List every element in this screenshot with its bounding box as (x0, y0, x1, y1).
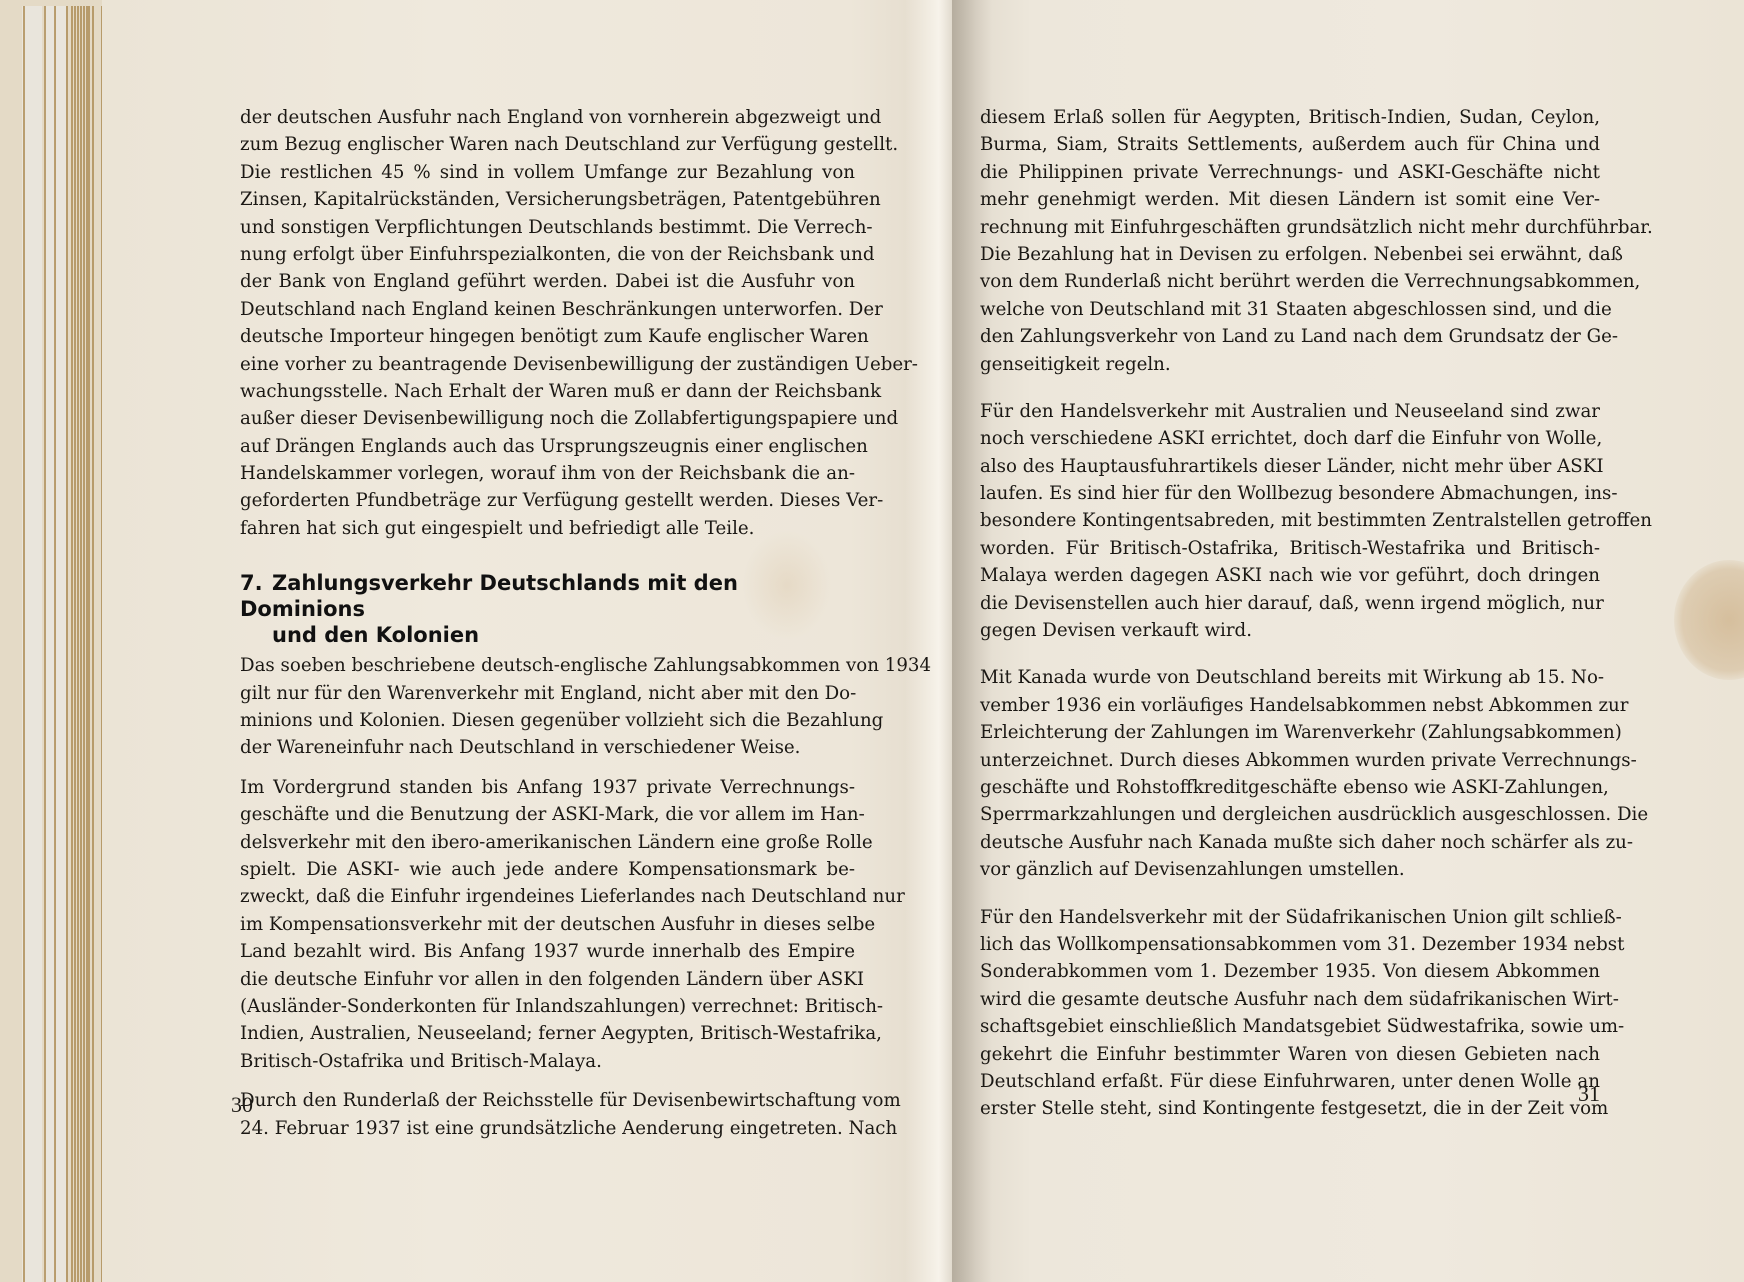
text-line: mehr genehmigt werden. Mit diesen Länder… (980, 186, 1600, 213)
text-line: geforderten Pfundbeträge zur Verfügung g… (240, 487, 855, 514)
text-line: zum Bezug englischer Waren nach Deutschl… (240, 131, 855, 158)
paper-stain (1674, 560, 1744, 680)
right-page-text: diesem Erlaß sollen für Aegypten, Britis… (980, 104, 1600, 1123)
paragraph: Durch den Runderlaß der Reichsstelle für… (240, 1087, 855, 1142)
text-line: besondere Kontingentsabreden, mit bestim… (980, 507, 1600, 534)
text-line: diesem Erlaß sollen für Aegypten, Britis… (980, 104, 1600, 131)
text-line: Für den Handelsverkehr mit der Südafrika… (980, 904, 1600, 931)
text-line: geschäfte und die Benutzung der ASKI-Mar… (240, 801, 855, 828)
gutter-highlight (905, 0, 953, 1282)
text-line: also des Hauptausfuhrartikels dieser Län… (980, 453, 1600, 480)
text-line: Sonderabkommen vom 1. Dezember 1935. Von… (980, 958, 1600, 985)
paragraph: Mit Kanada wurde von Deutschland bereits… (980, 664, 1600, 883)
text-line: vor gänzlich auf Devisenzahlungen umstel… (980, 856, 1600, 883)
text-line: Handelskammer vorlegen, worauf ihm von d… (240, 460, 855, 487)
text-line: und sonstigen Verpflichtungen Deutschlan… (240, 214, 855, 241)
page-leaf-line (23, 6, 25, 1282)
text-line: auf Drängen Englands auch das Ursprungsz… (240, 433, 855, 460)
text-line: der Wareneinfuhr nach Deutschland in ver… (240, 734, 855, 761)
paragraph: Das soeben beschriebene deutsch-englisch… (240, 652, 855, 762)
page-leaf-line (44, 6, 46, 1282)
text-line: 24. Februar 1937 ist eine grundsätzliche… (240, 1115, 855, 1142)
page-leaf-line (74, 6, 76, 1282)
text-line: eine vorher zu beantragende Devisenbewil… (240, 351, 855, 378)
paragraph-gap (980, 644, 1600, 664)
text-line: noch verschiedene ASKI errichtet, doch d… (980, 425, 1600, 452)
page-leaf-line (77, 6, 79, 1282)
paragraph-gap (240, 762, 855, 774)
page-sheet-edge (22, 6, 42, 1282)
text-line: Sperrmarkzahlungen und dergleichen ausdr… (980, 801, 1600, 828)
text-line: rechnung mit Einfuhrgeschäften grundsätz… (980, 214, 1600, 241)
text-line: delsverkehr mit den ibero-amerikanischen… (240, 829, 855, 856)
text-line: Im Vordergrund standen bis Anfang 1937 p… (240, 774, 855, 801)
page-leaf-line (66, 6, 68, 1282)
paragraph: Für den Handelsverkehr mit der Südafrika… (980, 904, 1600, 1123)
paragraph-gap (980, 378, 1600, 398)
page-number-right: 31 (1578, 1081, 1600, 1107)
page-leaf-line (88, 6, 90, 1282)
text-line: Zinsen, Kapitalrückständen, Versicherung… (240, 186, 855, 213)
text-line: deutsche Importeur hingegen benötigt zum… (240, 323, 855, 350)
text-line: welche von Deutschland mit 31 Staaten ab… (980, 296, 1600, 323)
text-line: minions und Kolonien. Diesen gegenüber v… (240, 707, 855, 734)
section-title-line-1: Zahlungsverkehr Deutschlands mit den Dom… (240, 571, 738, 621)
text-line: geschäfte und Rohstoffkreditgeschäfte eb… (980, 774, 1600, 801)
text-line: (Ausländer-Sonderkonten für Inlandszahlu… (240, 993, 855, 1020)
text-line: Britisch-Ostafrika und Britisch-Malaya. (240, 1048, 855, 1075)
text-line: Erleichterung der Zahlungen im Warenverk… (980, 719, 1600, 746)
text-line: Die Bezahlung hat in Devisen zu erfolgen… (980, 241, 1600, 268)
text-line: gekehrt die Einfuhr bestimmter Waren von… (980, 1041, 1600, 1068)
text-line: lich das Wollkompensationsabkommen vom 3… (980, 931, 1600, 958)
page-leaf-line (80, 6, 82, 1282)
text-line: erster Stelle steht, sind Kontingente fe… (980, 1095, 1600, 1122)
text-line: Deutschland erfaßt. Für diese Einfuhrwar… (980, 1068, 1600, 1095)
paragraph-gap (980, 884, 1600, 904)
text-line: fahren hat sich gut eingespielt und befr… (240, 515, 855, 542)
text-line: Das soeben beschriebene deutsch-englisch… (240, 652, 855, 679)
text-line: Malaya werden dagegen ASKI nach wie vor … (980, 562, 1600, 589)
text-line: Deutschland nach England keinen Beschrän… (240, 296, 855, 323)
text-line: zweckt, daß die Einfuhr irgendeines Lief… (240, 883, 855, 910)
page-sheet-edge (56, 6, 66, 1282)
page-stack-edge (0, 0, 105, 1282)
section-title-line-2: und den Kolonien (240, 622, 855, 648)
text-line: der deutschen Ausfuhr nach England von v… (240, 104, 855, 131)
text-line: Burma, Siam, Straits Settlements, außerd… (980, 131, 1600, 158)
text-line: Mit Kanada wurde von Deutschland bereits… (980, 664, 1600, 691)
section-heading: 7.Zahlungsverkehr Deutschlands mit den D… (240, 570, 855, 648)
text-line: die Devisenstellen auch hier darauf, daß… (980, 590, 1600, 617)
page-number-left: 30 (231, 1092, 253, 1118)
text-line: wird die gesamte deutsche Ausfuhr nach d… (980, 986, 1600, 1013)
text-line: gegen Devisen verkauft wird. (980, 617, 1600, 644)
text-line: im Kompensationsverkehr mit der deutsche… (240, 911, 855, 938)
text-line: Die restlichen 45 % sind in vollem Umfan… (240, 159, 855, 186)
paragraph: diesem Erlaß sollen für Aegypten, Britis… (980, 104, 1600, 378)
text-line: Indien, Australien, Neuseeland; ferner A… (240, 1020, 855, 1047)
text-line: unterzeichnet. Durch dieses Abkommen wur… (980, 747, 1600, 774)
page-leaf-line (71, 6, 73, 1282)
left-page-text: der deutschen Ausfuhr nach England von v… (240, 104, 855, 1142)
text-line: deutsche Ausfuhr nach Kanada mußte sich … (980, 829, 1600, 856)
text-line: die Philippinen private Verrechnungs- un… (980, 159, 1600, 186)
text-line: genseitigkeit regeln. (980, 351, 1600, 378)
book-spread: der deutschen Ausfuhr nach England von v… (0, 0, 1744, 1282)
text-line: laufen. Es sind hier für den Wollbezug b… (980, 480, 1600, 507)
text-line: außer dieser Devisenbewilligung noch die… (240, 405, 855, 432)
text-line: Land bezahlt wird. Bis Anfang 1937 wurde… (240, 938, 855, 965)
section-number: 7. (240, 570, 272, 596)
text-line: von dem Runderlaß nicht berührt werden d… (980, 268, 1600, 295)
page-leaf-line (83, 6, 85, 1282)
page-leaf-line (92, 6, 94, 1282)
text-line: Durch den Runderlaß der Reichsstelle für… (240, 1087, 855, 1114)
text-line: die deutsche Einfuhr vor allen in den fo… (240, 966, 855, 993)
text-line: nung erfolgt über Einfuhrspezialkonten, … (240, 241, 855, 268)
page-leaf-line (54, 6, 56, 1282)
text-line: wachungsstelle. Nach Erhalt der Waren mu… (240, 378, 855, 405)
paragraph: Im Vordergrund standen bis Anfang 1937 p… (240, 774, 855, 1075)
text-line: schaftsgebiet einschließlich Mandatsgebi… (980, 1013, 1600, 1040)
text-line: worden. Für Britisch-Ostafrika, Britisch… (980, 535, 1600, 562)
text-line: gilt nur für den Warenverkehr mit Englan… (240, 680, 855, 707)
text-line: der Bank von England geführt werden. Dab… (240, 268, 855, 295)
paragraph-gap (240, 1075, 855, 1087)
text-line: Für den Handelsverkehr mit Australien un… (980, 398, 1600, 425)
paragraph: der deutschen Ausfuhr nach England von v… (240, 104, 855, 542)
paragraph: Für den Handelsverkehr mit Australien un… (980, 398, 1600, 645)
text-line: vember 1936 ein vorläufiges Handelsabkom… (980, 692, 1600, 719)
text-line: den Zahlungsverkehr von Land zu Land nac… (980, 323, 1600, 350)
text-line: spielt. Die ASKI- wie auch jede andere K… (240, 856, 855, 883)
